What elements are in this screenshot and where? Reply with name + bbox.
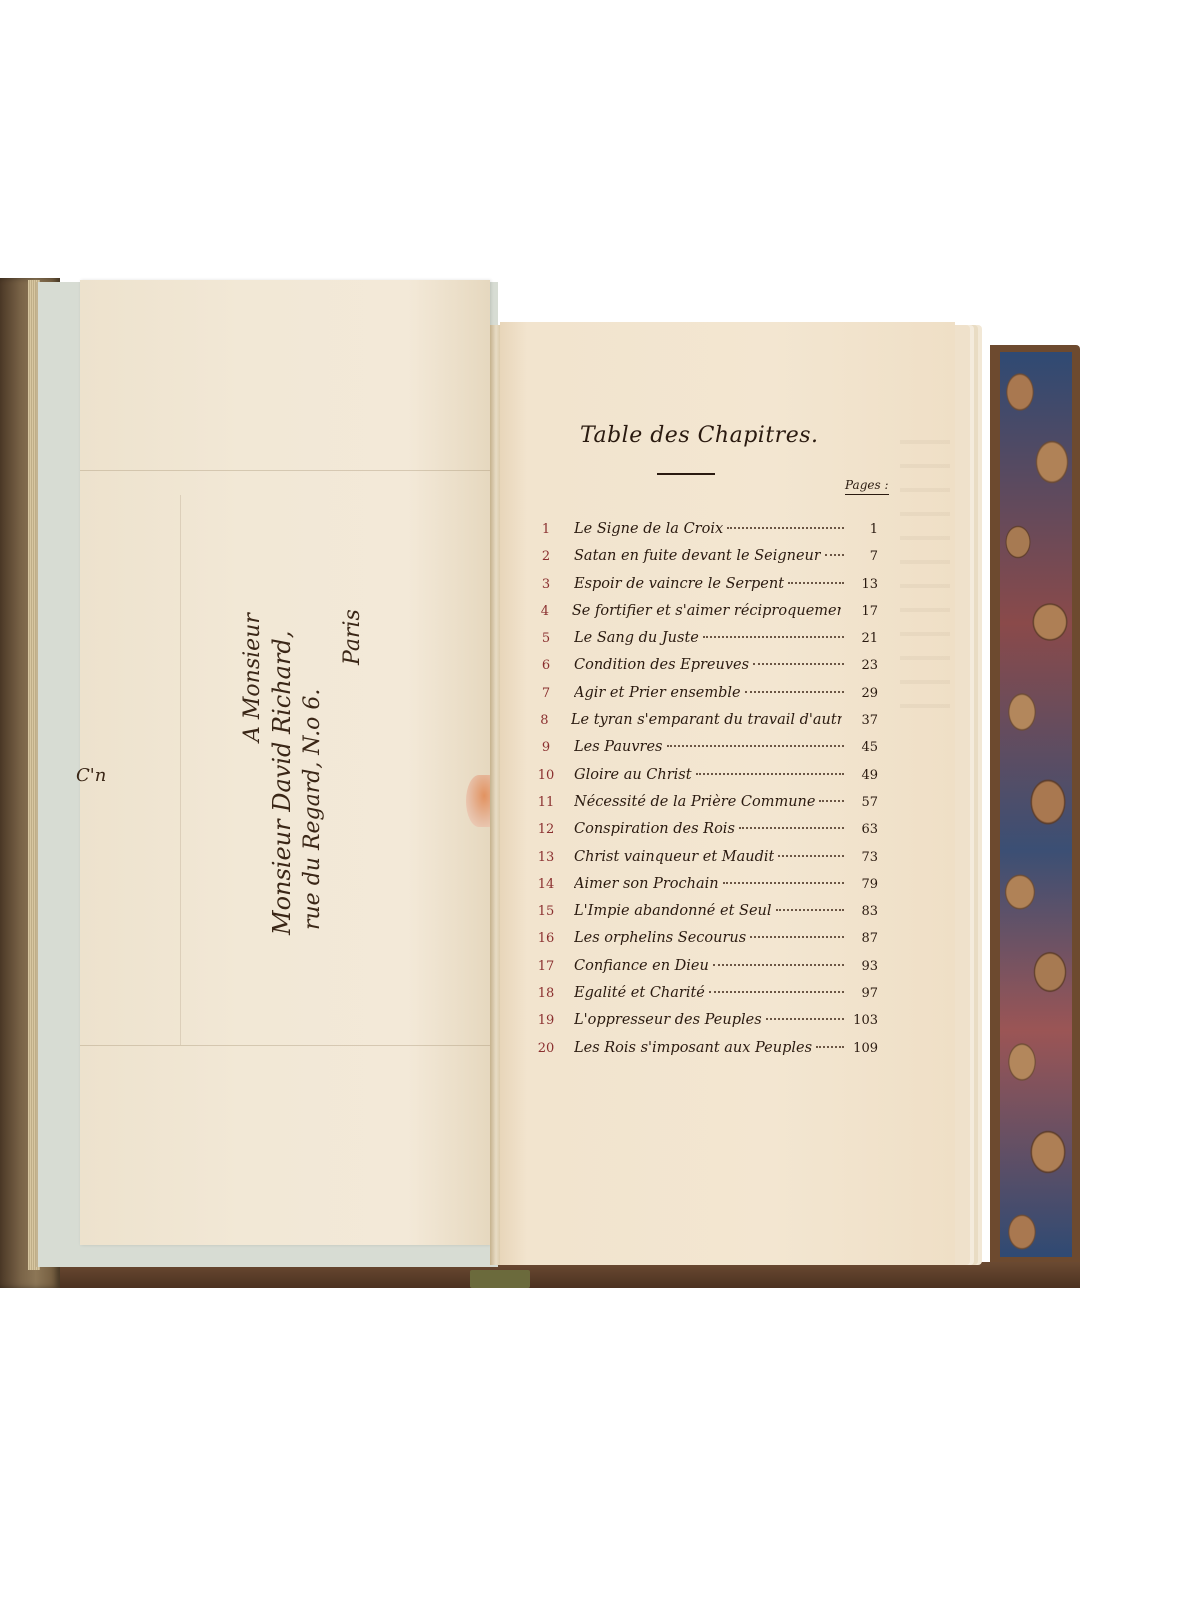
chapter-page: 45 [848, 740, 878, 755]
toc-entry: 2Satan en fuite devant le Seigneur7 [518, 548, 878, 575]
chapter-title: Espoir de vaincre le Serpent [574, 576, 784, 592]
chapter-title: Se fortifier et s'aimer réciproquement [572, 603, 841, 619]
chapter-page: 13 [848, 577, 878, 592]
chapter-number: 19 [518, 1013, 574, 1028]
letter-fold-line [80, 470, 490, 471]
chapter-page: 37 [850, 713, 878, 728]
toc-entry: 6Condition des Épreuves23 [518, 657, 878, 684]
chapter-page: 29 [848, 686, 878, 701]
toc-title: Table des Chapitres. [580, 423, 819, 448]
chapter-page: 87 [848, 931, 878, 946]
toc-entry: 5Le Sang du Juste21 [518, 630, 878, 657]
toc-entry: 13Christ vainqueur et Maudit73 [518, 849, 878, 876]
chapter-title: L'oppresseur des Peuples [574, 1012, 762, 1028]
leader-dots [745, 691, 844, 693]
chapter-title: Christ vainqueur et Maudit [574, 849, 774, 865]
leader-dots [816, 1046, 844, 1048]
toc-entry: 7Agir et Prier ensemble29 [518, 685, 878, 712]
leader-dots [727, 527, 844, 529]
toc-entry: 17Confiance en Dieu93 [518, 958, 878, 985]
chapter-number: 12 [518, 822, 574, 837]
chapter-page: 17 [849, 604, 878, 619]
leader-dots [713, 964, 844, 966]
chapter-page: 109 [848, 1041, 878, 1056]
toc-entry: 14Aimer son Prochain79 [518, 876, 878, 903]
ink-show-through [900, 420, 950, 720]
toc-entry: 4Se fortifier et s'aimer réciproquement1… [518, 603, 878, 630]
leader-dots [696, 773, 844, 775]
chapter-page: 23 [848, 658, 878, 673]
chapter-title: Les Rois s'imposant aux Peuples [574, 1040, 812, 1056]
letter-fold-line [180, 495, 181, 1045]
toc-entry: 1Le Signe de la Croix1 [518, 521, 878, 548]
toc-entry: 3Espoir de vaincre le Serpent13 [518, 576, 878, 603]
chapter-page: 57 [848, 795, 878, 810]
chapter-number: 15 [518, 904, 574, 919]
chapter-title: Satan en fuite devant le Seigneur [574, 548, 821, 564]
chapter-page: 49 [848, 768, 878, 783]
chapter-page: 83 [848, 904, 878, 919]
address-recipient: Monsieur David Richard, [268, 631, 296, 935]
toc-list: 1Le Signe de la Croix1 2Satan en fuite d… [518, 521, 878, 1067]
chapter-title: Les Pauvres [574, 739, 663, 755]
chapter-page: 79 [848, 877, 878, 892]
chapter-number: 3 [518, 577, 574, 592]
toc-entry: 8Le tyran s'emparant du travail d'autrui… [518, 712, 878, 739]
leader-dots [750, 936, 844, 938]
chapter-number: 2 [518, 549, 574, 564]
chapter-number: 9 [518, 740, 574, 755]
leader-dots [753, 663, 844, 665]
chapter-title: Aimer son Prochain [574, 876, 719, 892]
leader-dots [723, 882, 844, 884]
chapter-number: 10 [518, 768, 574, 783]
chapter-page: 73 [848, 850, 878, 865]
leader-dots [766, 1018, 844, 1020]
chapter-number: 8 [518, 713, 571, 728]
wax-seal-remnant [466, 775, 492, 827]
marbled-endpaper [1000, 352, 1072, 1257]
chapter-title: Le Sang du Juste [574, 630, 699, 646]
chapter-title: Conspiration des Rois [574, 821, 735, 837]
chapter-title: Le tyran s'emparant du travail d'autrui [571, 712, 842, 728]
chapter-number: 20 [518, 1041, 574, 1056]
leader-dots [709, 991, 844, 993]
letter-fold-line [80, 1045, 490, 1046]
chapter-number: 11 [518, 795, 574, 810]
chapter-number: 13 [518, 850, 574, 865]
toc-entry: 9Les Pauvres45 [518, 739, 878, 766]
chapter-title: Agir et Prier ensemble [574, 685, 741, 701]
chapter-page: 93 [848, 959, 878, 974]
chapter-title: Gloire au Christ [574, 767, 692, 783]
title-rule [657, 473, 715, 475]
chapter-title: L'Impie abandonné et Seul [574, 903, 772, 919]
toc-entry: 20Les Rois s'imposant aux Peuples109 [518, 1040, 878, 1067]
chapter-title: Les orphelins Secourus [574, 930, 746, 946]
toc-entry: 16Les orphelins Secourus87 [518, 930, 878, 957]
toc-entry: 18Égalité et Charité97 [518, 985, 878, 1012]
leader-dots [778, 855, 844, 857]
leader-dots [819, 800, 844, 802]
leader-dots [703, 636, 844, 638]
chapter-page: 1 [848, 522, 878, 537]
chapter-page: 97 [848, 986, 878, 1001]
chapter-number: 7 [518, 686, 574, 701]
toc-entry: 15L'Impie abandonné et Seul83 [518, 903, 878, 930]
leader-dots [776, 909, 845, 911]
leader-dots [825, 554, 844, 556]
chapter-number: 18 [518, 986, 574, 1001]
address-city: Paris [340, 609, 365, 665]
headband [470, 1270, 530, 1288]
chapter-number: 1 [518, 522, 574, 537]
toc-entry: 12Conspiration des Rois63 [518, 821, 878, 848]
toc-entry: 10Gloire au Christ49 [518, 767, 878, 794]
chapter-page: 21 [848, 631, 878, 646]
leader-dots [739, 827, 844, 829]
chapter-page: 63 [848, 822, 878, 837]
chapter-number: 4 [518, 604, 572, 619]
leader-dots [667, 745, 845, 747]
address-street: rue du Regard, N.o 6. [300, 689, 325, 930]
address-salutation: A Monsieur [240, 613, 265, 742]
chapter-title: Confiance en Dieu [574, 958, 709, 974]
pages-column-label: Pages : [845, 478, 889, 495]
chapter-page: 7 [848, 549, 878, 564]
chapter-number: 16 [518, 931, 574, 946]
chapter-title: Le Signe de la Croix [574, 521, 723, 537]
chapter-number: 17 [518, 959, 574, 974]
margin-note: C'n [76, 765, 106, 786]
chapter-title: Égalité et Charité [574, 985, 705, 1001]
chapter-title: Condition des Épreuves [574, 657, 749, 673]
chapter-number: 5 [518, 631, 574, 646]
chapter-number: 6 [518, 658, 574, 673]
toc-entry: 19L'oppresseur des Peuples103 [518, 1012, 878, 1039]
chapter-page: 103 [848, 1013, 878, 1028]
leader-dots [788, 582, 844, 584]
chapter-number: 14 [518, 877, 574, 892]
chapter-title: Nécessité de la Prière Commune [574, 794, 815, 810]
toc-entry: 11Nécessité de la Prière Commune57 [518, 794, 878, 821]
